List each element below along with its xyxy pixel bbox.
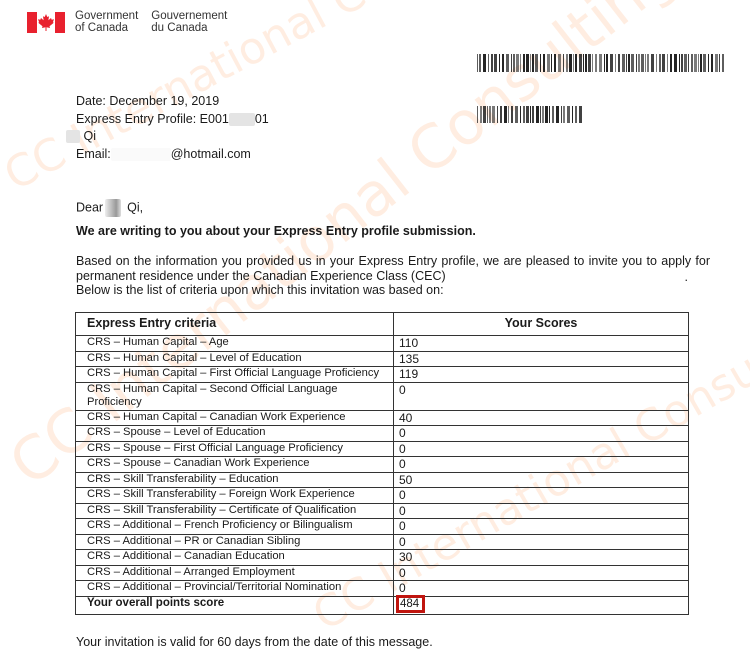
table-row: CRS – Human Capital – Canadian Work Expe… [76,410,689,426]
criteria-cell: CRS – Spouse – Canadian Work Experience [76,457,394,473]
gov-english-wordmark: Government of Canada [75,10,138,34]
table-row: CRS – Human Capital – Second Official La… [76,382,689,410]
score-cell: 135 [394,351,689,367]
table-row: CRS – Human Capital – Age110 [76,336,689,352]
barcode-icon [477,106,585,123]
criteria-cell: CRS – Skill Transferability – Foreign Wo… [76,488,394,504]
score-cell: 40 [394,410,689,426]
score-cell: 30 [394,550,689,566]
table-row: CRS – Skill Transferability – Foreign Wo… [76,488,689,504]
total-row: Your overall points score 484 [76,596,689,614]
criteria-cell: CRS – Additional – PR or Canadian Siblin… [76,534,394,550]
score-cell: 110 [394,336,689,352]
criteria-cell: CRS – Human Capital – Level of Education [76,351,394,367]
canada-flag-icon [27,12,65,33]
gov-en-line2: of Canada [75,22,138,34]
column-header-criteria: Express Entry criteria [76,313,394,336]
recipient-name: Qi [66,128,269,146]
salutation-prefix: Dear [76,200,103,214]
score-cell: 0 [394,382,689,410]
recipient-name-text: Qi [83,129,96,143]
redacted-block [66,130,80,143]
redacted-block [229,113,255,126]
table-row: CRS – Spouse – First Official Language P… [76,441,689,457]
criteria-cell: CRS – Additional – French Proficiency or… [76,519,394,535]
criteria-cell: CRS – Additional – Canadian Education [76,550,394,566]
score-cell: 0 [394,426,689,442]
score-cell: 0 [394,457,689,473]
barcode-icon [477,54,727,72]
criteria-cell: CRS – Human Capital – Canadian Work Expe… [76,410,394,426]
table-row: CRS – Skill Transferability – Certificat… [76,503,689,519]
table-row: CRS – Additional – Arranged Employment0 [76,565,689,581]
score-cell: 0 [394,503,689,519]
column-header-scores: Your Scores [394,313,689,336]
criteria-cell: CRS – Additional – Provincial/Territoria… [76,581,394,597]
validity-note: Your invitation is valid for 60 days fro… [76,635,433,649]
gov-fr-line2: du Canada [151,22,227,34]
score-cell: 119 [394,367,689,383]
score-cell: 0 [394,488,689,504]
government-header: Government of Canada Gouvernement du Can… [27,10,240,34]
letter-body: Based on the information you provided us… [76,254,710,298]
criteria-cell: CRS – Human Capital – First Official Lan… [76,367,394,383]
gov-french-wordmark: Gouvernement du Canada [151,10,227,34]
score-cell: 0 [394,581,689,597]
score-cell: 50 [394,472,689,488]
table-row: CRS – Spouse – Level of Education0 [76,426,689,442]
recipient-details: Date: December 19, 2019 Express Entry Pr… [76,93,269,163]
criteria-cell: CRS – Spouse – First Official Language P… [76,441,394,457]
total-label: Your overall points score [76,596,394,614]
letter-date: Date: December 19, 2019 [76,93,269,111]
table-row: CRS – Additional – Provincial/Territoria… [76,581,689,597]
table-row: CRS – Human Capital – First Official Lan… [76,367,689,383]
criteria-cell: CRS – Human Capital – Second Official La… [76,382,394,410]
profile-number: Express Entry Profile: E00101 [76,111,269,129]
email-domain: @hotmail.com [171,147,251,161]
criteria-cell: CRS – Spouse – Level of Education [76,426,394,442]
criteria-cell: CRS – Skill Transferability – Certificat… [76,503,394,519]
total-score-cell: 484 [394,596,689,614]
salutation-name: Qi, [127,200,143,214]
table-row: CRS – Additional – Canadian Education30 [76,550,689,566]
score-cell: 0 [394,519,689,535]
email-label: Email: [76,147,111,161]
table-row: CRS – Additional – French Proficiency or… [76,519,689,535]
table-row: CRS – Additional – PR or Canadian Siblin… [76,534,689,550]
score-cell: 0 [394,565,689,581]
redacted-block [111,148,171,161]
recipient-email: Email:@hotmail.com [76,146,269,164]
gov-fr-line1: Gouvernement [151,10,227,22]
score-cell: 0 [394,534,689,550]
table-row: CRS – Human Capital – Level of Education… [76,351,689,367]
criteria-cell: CRS – Human Capital – Age [76,336,394,352]
criteria-cell: CRS – Skill Transferability – Education [76,472,394,488]
stray-dot: . [685,270,688,285]
letter-subject: We are writing to you about your Express… [76,224,476,238]
redacted-block [105,199,121,217]
table-row: CRS – Spouse – Canadian Work Experience0 [76,457,689,473]
total-score-highlight: 484 [399,598,422,610]
criteria-table: Express Entry criteria Your Scores CRS –… [75,312,689,615]
criteria-cell: CRS – Additional – Arranged Employment [76,565,394,581]
body-paragraph: Based on the information you provided us… [76,254,710,283]
score-cell: 0 [394,441,689,457]
profile-label: Express Entry Profile: E001 [76,112,229,126]
gov-en-line1: Government [75,10,138,22]
body-criteria-intro: Below is the list of criteria upon which… [76,283,710,298]
table-row: CRS – Skill Transferability – Education5… [76,472,689,488]
salutation: DearQi, [76,199,143,217]
profile-suffix: 01 [255,112,269,126]
